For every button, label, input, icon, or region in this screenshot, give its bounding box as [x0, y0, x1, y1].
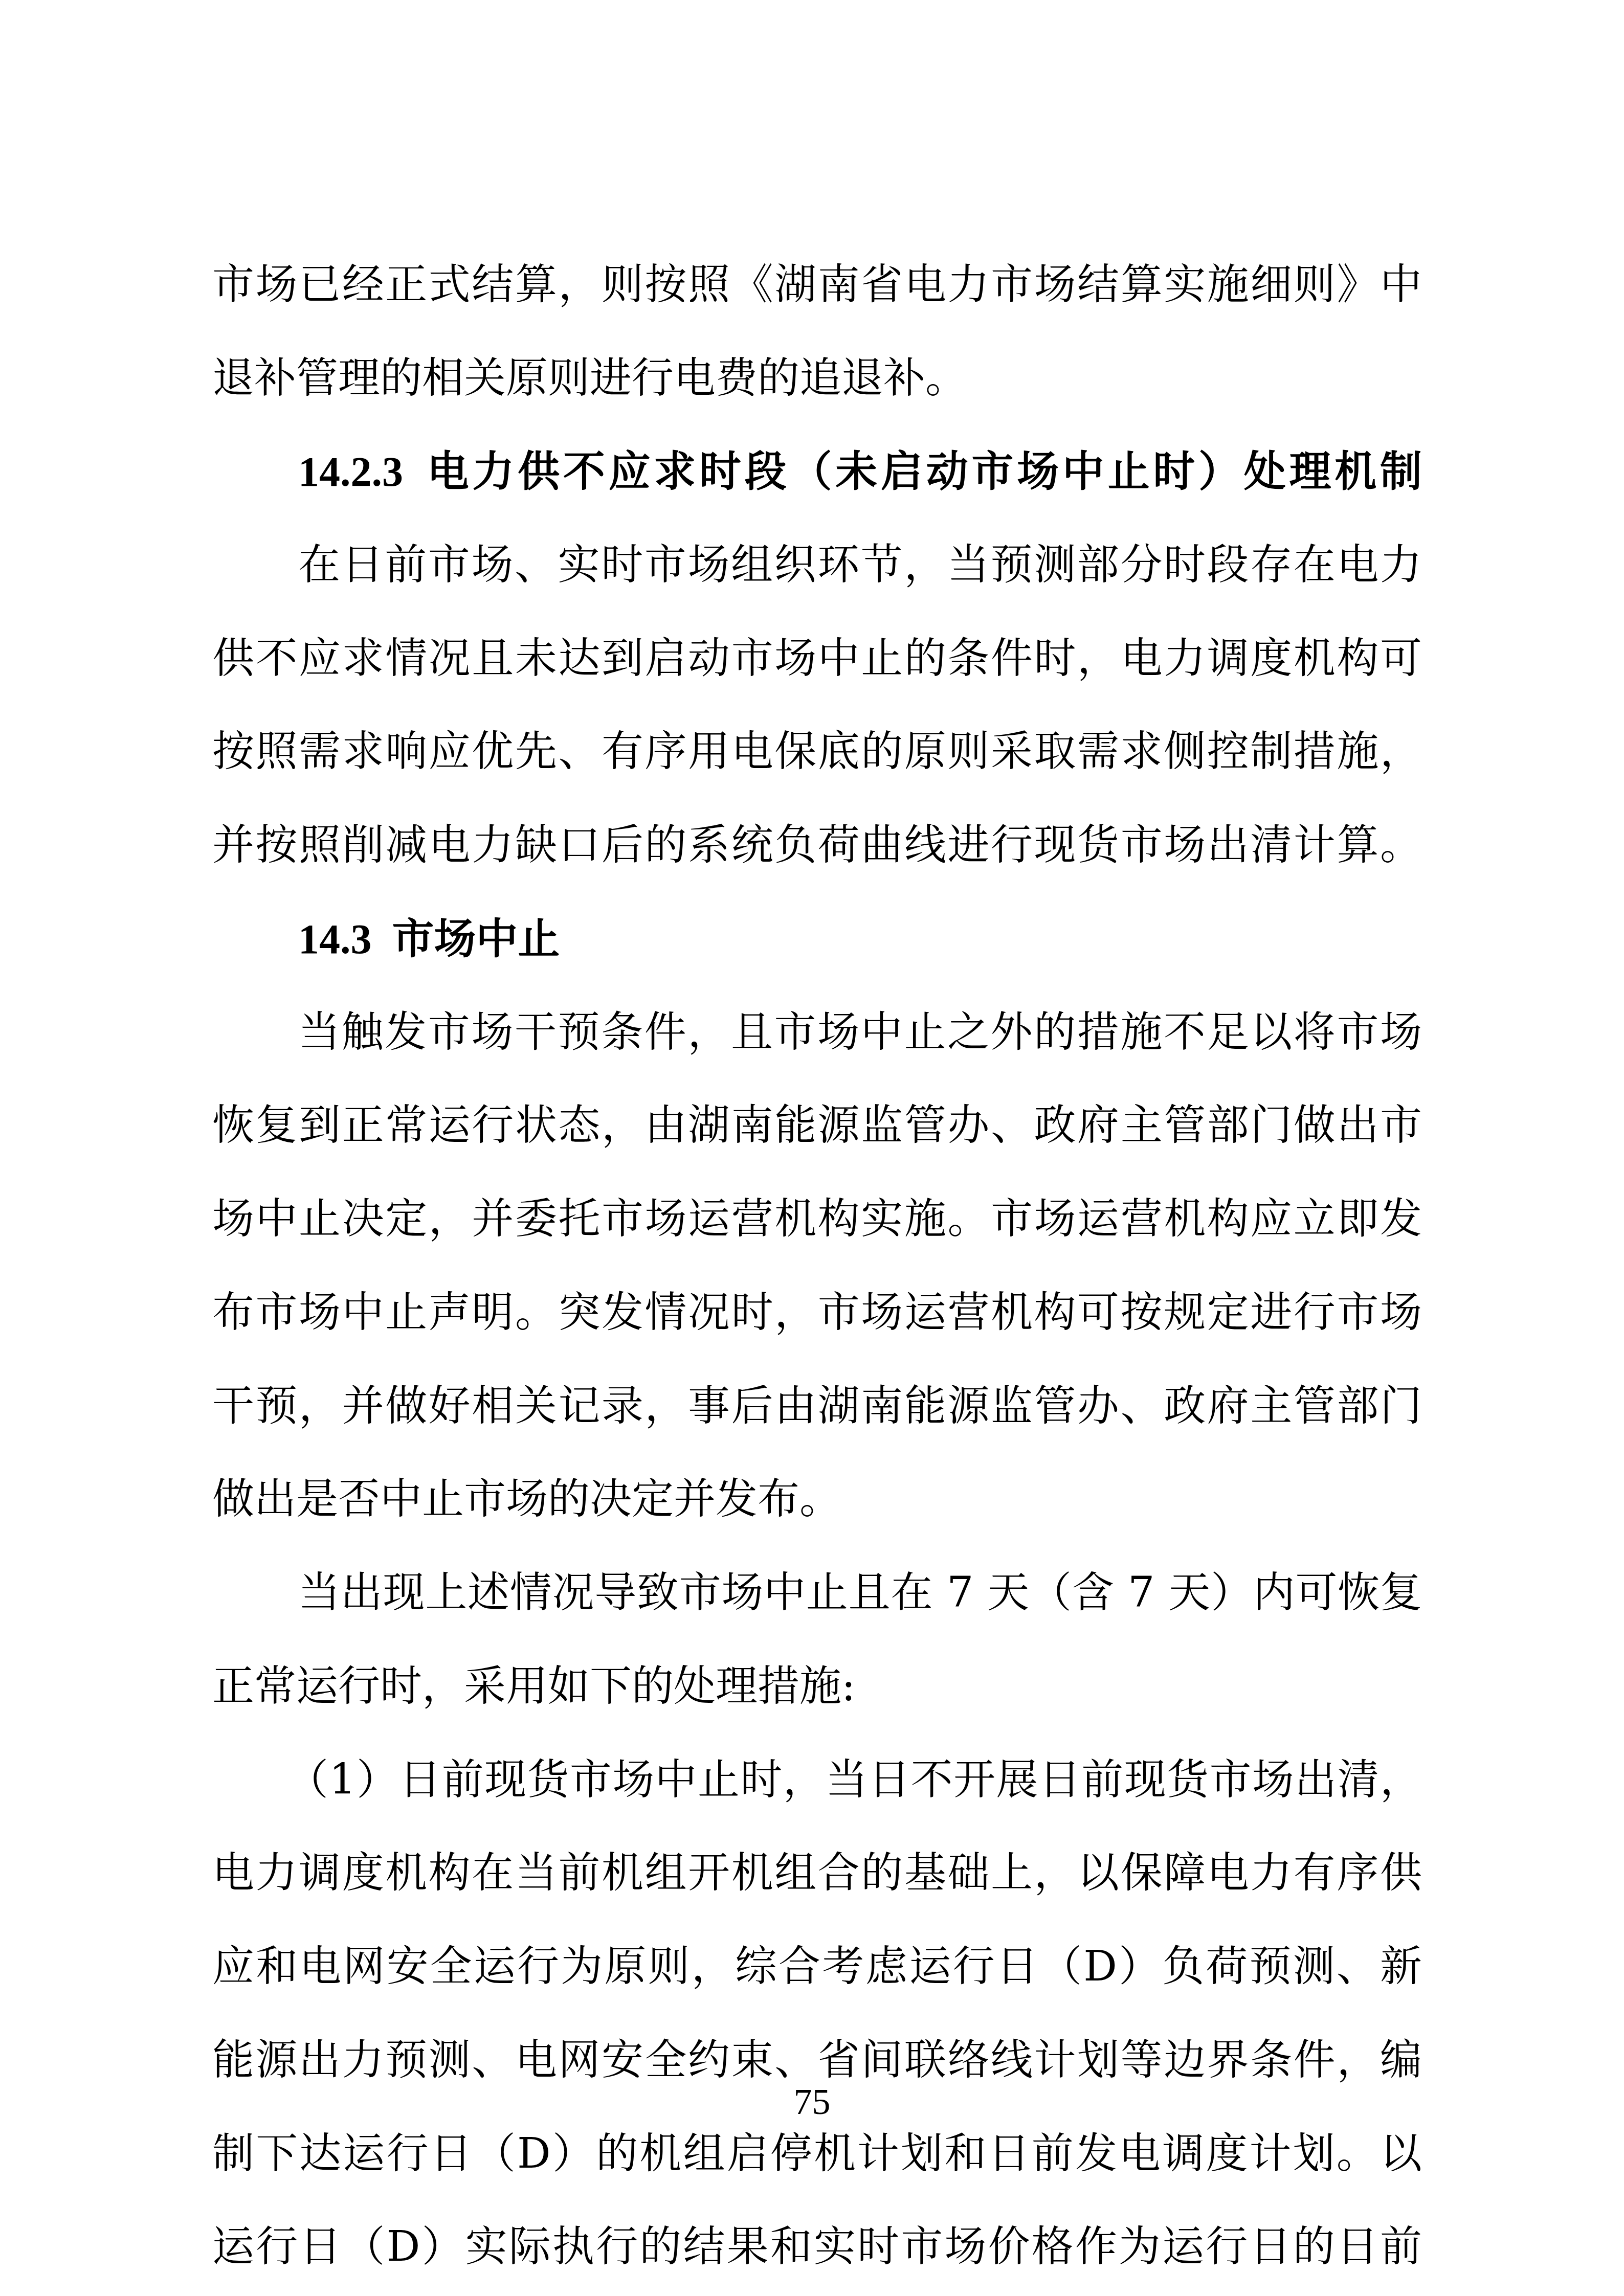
paragraph-line: 应和电网安全运行为原则，综合考虑运行日（D）负荷预测、新 [212, 1936, 1422, 1997]
paragraph-line: 在日前市场、实时市场组织环节，当预测部分时段存在电力 [298, 534, 1422, 596]
paragraph-line: 退补管理的相关原则进行电费的追退补。 [212, 348, 1422, 409]
paragraph-line: 正常运行时，采用如下的处理措施: [212, 1656, 1422, 1717]
section-number: 14.2.3 [298, 448, 403, 495]
paragraph-line: 当触发市场干预条件，且市场中止之外的措施不足以将市场 [298, 1002, 1422, 1063]
paragraph-line: 并按照削减电力缺口后的系统负荷曲线进行现货市场出清计算。 [212, 815, 1422, 876]
paragraph-line: 按照需求响应优先、有序用电保底的原则采取需求侧控制措施， [212, 721, 1422, 782]
paragraph-line: 市场已经正式结算，则按照《湖南省电力市场结算实施细则》中 [212, 254, 1422, 316]
section-heading: 14.3市场中止 [298, 908, 1422, 970]
paragraph-line: 制下达运行日（D）的机组启停机计划和日前发电调度计划。以 [212, 2123, 1422, 2185]
paragraph-line: 供不应求情况且未达到启动市场中止的条件时，电力调度机构可 [212, 628, 1422, 689]
paragraph-line: 恢复到正常运行状态，由湖南能源监管办、政府主管部门做出市 [212, 1095, 1422, 1156]
paragraph-line: 干预，并做好相关记录，事后由湖南能源监管办、政府主管部门 [212, 1376, 1422, 1437]
section-title: 市场中止 [392, 914, 560, 963]
page-number: 75 [0, 2076, 1624, 2127]
paragraph-line: 布市场中止声明。突发情况时，市场运营机构可按规定进行市场 [212, 1282, 1422, 1343]
paragraph-line: （1）日前现货市场中止时，当日不开展日前现货市场出清， [286, 1749, 1422, 1811]
paragraph-line: 做出是否中止市场的决定并发布。 [212, 1469, 1422, 1530]
document-page: 市场已经正式结算，则按照《湖南省电力市场结算实施细则》中退补管理的相关原则进行电… [0, 0, 1624, 2296]
section-number: 14.3 [298, 916, 372, 962]
paragraph-line: 电力调度机构在当前机组开机组合的基础上，以保障电力有序供 [212, 1842, 1422, 1904]
section-heading: 14.2.3电力供不应求时段（未启动市场中止时）处理机制 [298, 441, 1422, 502]
paragraph-line: 当出现上述情况导致市场中止且在 7 天（含 7 天）内可恢复 [298, 1562, 1422, 1624]
section-title: 电力供不应求时段（未启动市场中止时）处理机制 [424, 447, 1422, 496]
paragraph-line: 运行日（D）实际执行的结果和实时市场价格作为运行日的日前 [212, 2216, 1422, 2278]
paragraph-line: 场中止决定，并委托市场运营机构实施。市场运营机构应立即发 [212, 1188, 1422, 1250]
